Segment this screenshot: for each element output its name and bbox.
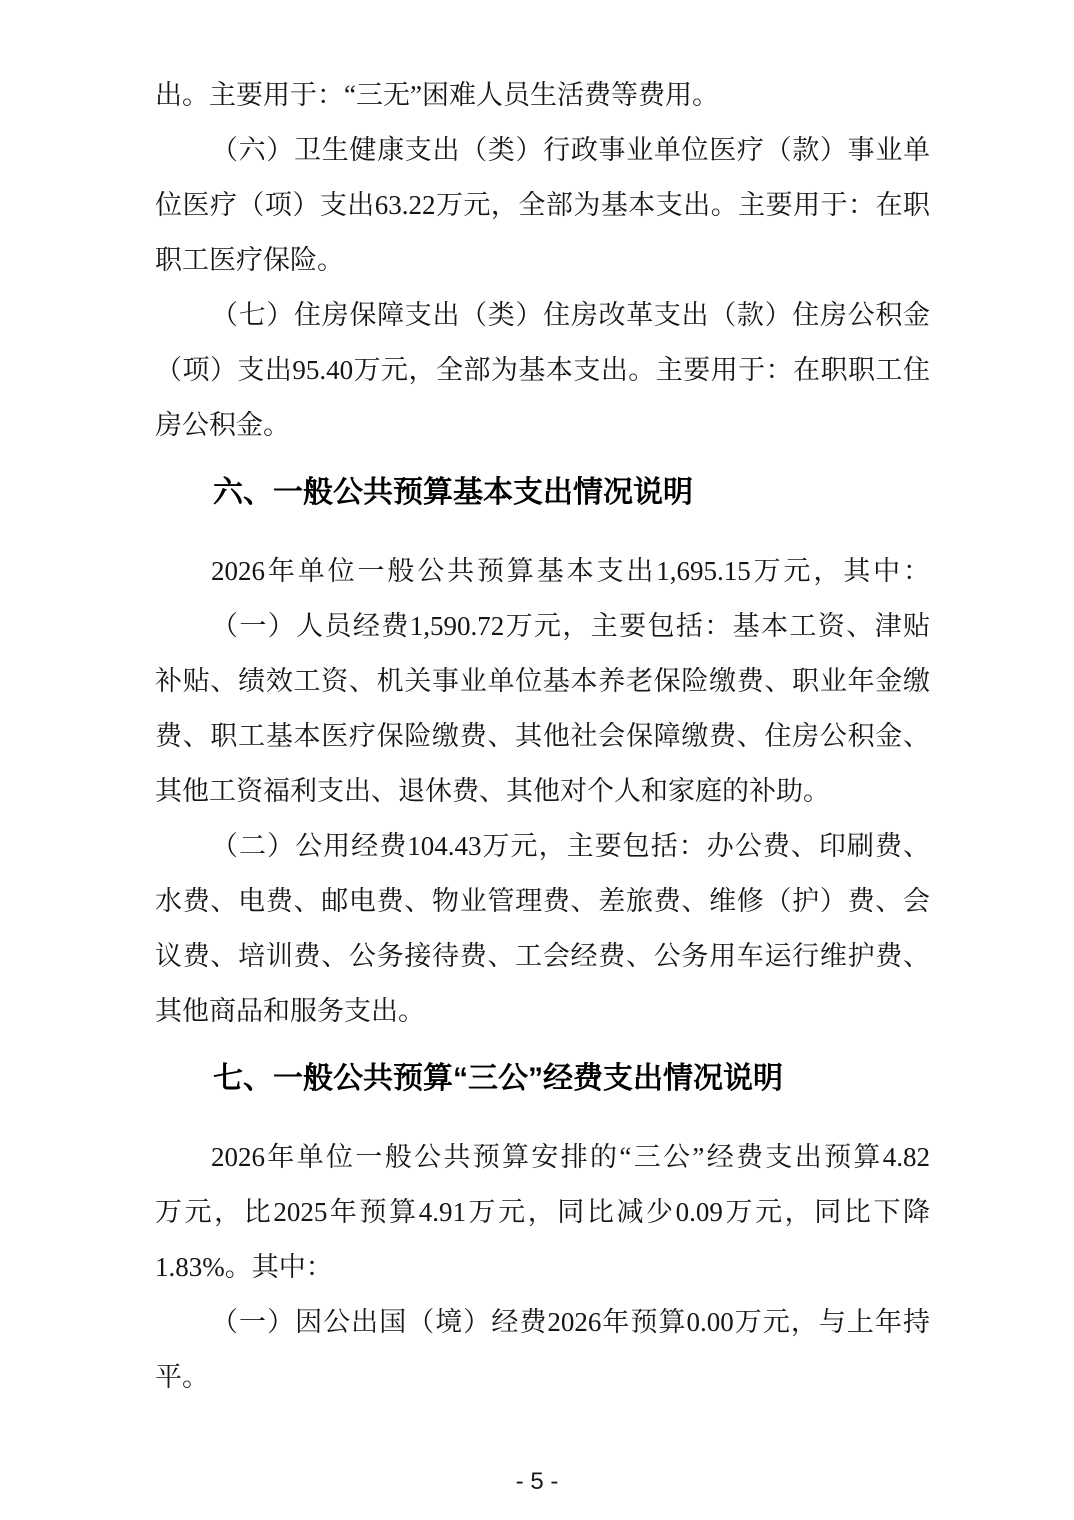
section-7-heading: 七、一般公共预算“三公”经费支出情况说明 xyxy=(155,1051,930,1106)
paragraph-line: 费、职工基本医疗保险缴费、其他社会保障缴费、住房公积金、 xyxy=(155,709,930,764)
document-body: 出。主要用于：“三无”困难人员生活费等费用。 （六）卫生健康支出（类）行政事业单… xyxy=(155,68,930,1405)
paragraph-line: 其他工资福利支出、退休费、其他对个人和家庭的补助。 xyxy=(155,764,930,819)
paragraph-line: 平。 xyxy=(155,1350,930,1405)
paragraph-line: 出。主要用于：“三无”困难人员生活费等费用。 xyxy=(155,68,930,123)
paragraph-line: （项）支出95.40万元，全部为基本支出。主要用于：在职职工住 xyxy=(155,343,930,398)
paragraph-line: 水费、电费、邮电费、物业管理费、差旅费、维修（护）费、会 xyxy=(155,874,930,929)
paragraph-line: 位医疗（项）支出63.22万元，全部为基本支出。主要用于：在职 xyxy=(155,178,930,233)
paragraph-line: 补贴、绩效工资、机关事业单位基本养老保险缴费、职业年金缴 xyxy=(155,654,930,709)
paragraph-line: 职工医疗保险。 xyxy=(155,233,930,288)
paragraph-line: （七）住房保障支出（类）住房改革支出（款）住房公积金 xyxy=(155,288,930,343)
paragraph-line: 1.83%。其中： xyxy=(155,1240,930,1295)
paragraph-line: 2026年单位一般公共预算安排的“三公”经费支出预算4.82 xyxy=(155,1130,930,1185)
paragraph-line: 其他商品和服务支出。 xyxy=(155,984,930,1039)
paragraph-line: （一）因公出国（境）经费2026年预算0.00万元，与上年持 xyxy=(155,1295,930,1350)
page-number: - 5 - xyxy=(0,1468,1074,1496)
paragraph-line: （六）卫生健康支出（类）行政事业单位医疗（款）事业单 xyxy=(155,123,930,178)
paragraph-line: （二）公用经费104.43万元，主要包括：办公费、印刷费、 xyxy=(155,819,930,874)
section-6-heading: 六、一般公共预算基本支出情况说明 xyxy=(155,465,930,520)
paragraph-line: 房公积金。 xyxy=(155,398,930,453)
paragraph-line: 议费、培训费、公务接待费、工会经费、公务用车运行维护费、 xyxy=(155,929,930,984)
paragraph-line: （一）人员经费1,590.72万元，主要包括：基本工资、津贴 xyxy=(155,599,930,654)
document-page: 出。主要用于：“三无”困难人员生活费等费用。 （六）卫生健康支出（类）行政事业单… xyxy=(0,0,1074,1520)
paragraph-line: 万元，比2025年预算4.91万元，同比减少0.09万元，同比下降 xyxy=(155,1185,930,1240)
paragraph-line: 2026年单位一般公共预算基本支出1,695.15万元，其中： xyxy=(155,544,930,599)
